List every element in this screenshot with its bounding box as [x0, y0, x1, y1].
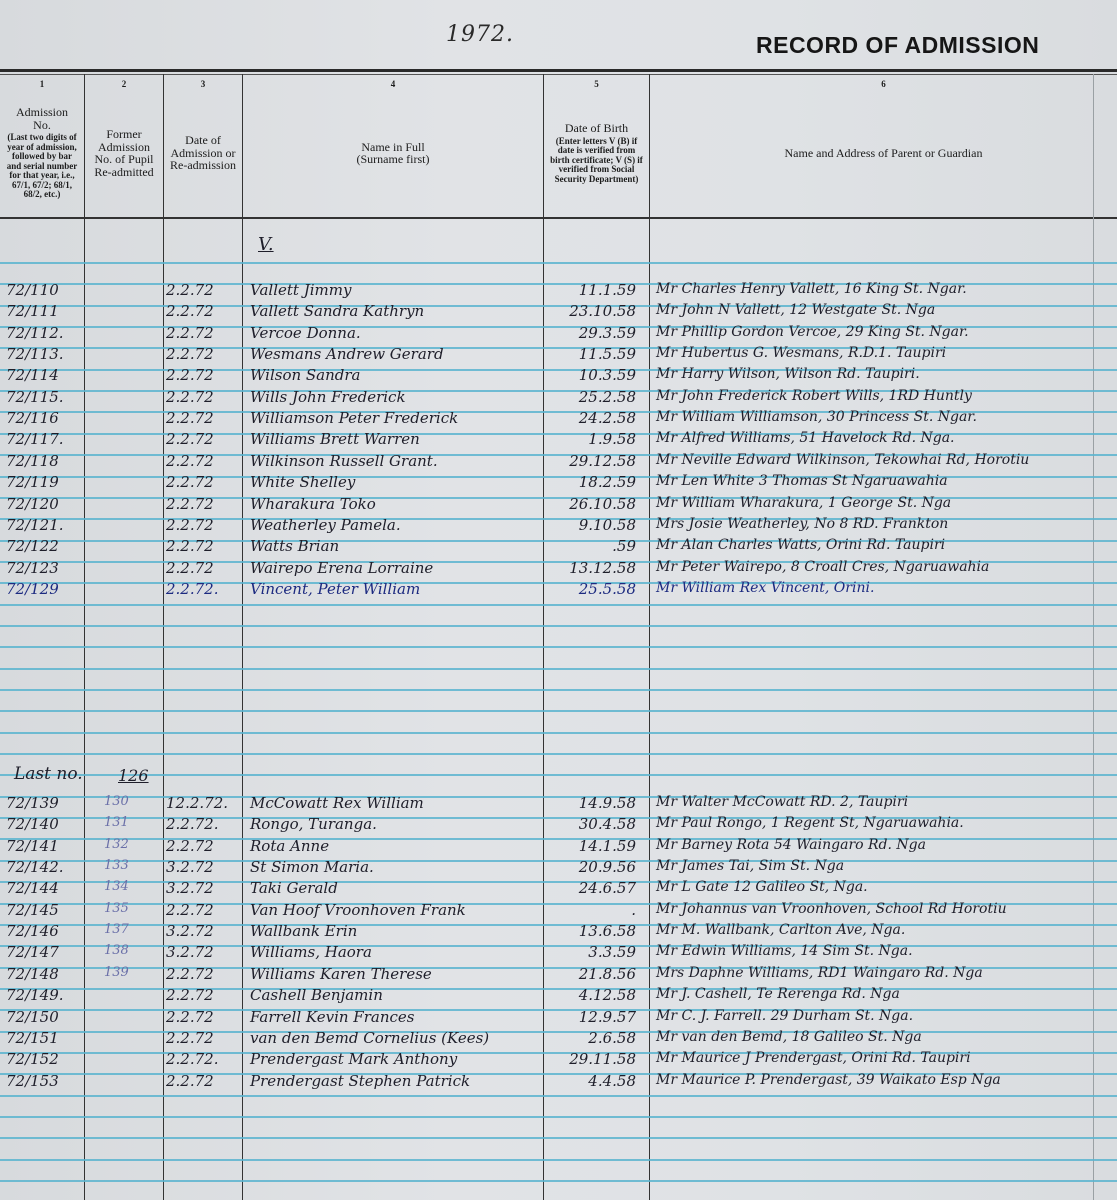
entry-name: Van Hoof Vroonhoven Frank — [250, 901, 466, 919]
entry-adm-no: 72/144 — [6, 879, 59, 897]
ruled-line — [0, 1137, 1117, 1139]
entry-name: Cashell Benjamin — [250, 986, 383, 1004]
col-number: 1 — [40, 78, 45, 90]
entry-adm-no: 72/119 — [6, 473, 59, 491]
entry-dob: 23.10.58 — [550, 302, 636, 320]
col-note: (Enter letters V (B) if date is verified… — [544, 135, 649, 185]
entry-adm-no: 72/115. — [6, 388, 64, 406]
entry-date-adm: 2.2.72 — [166, 324, 214, 342]
entry-parent: Mr Walter McCowatt RD. 2, Taupiri — [656, 794, 908, 810]
entry-dob: 21.8.56 — [550, 965, 636, 983]
entry-former: 130 — [104, 794, 129, 809]
ruled-line — [0, 1180, 1117, 1182]
col-header-date-admission: 3 Date of Admission or Re-admission — [164, 76, 242, 216]
entry-dob: . — [550, 901, 636, 919]
entry-parent: Mr Harry Wilson, Wilson Rd. Taupiri. — [656, 366, 920, 382]
entry-date-adm: 2.2.72 — [166, 986, 214, 1004]
entry-dob: 24.2.58 — [550, 409, 636, 427]
entry-adm-no: 72/116 — [6, 409, 59, 427]
entry-dob: 14.9.58 — [550, 794, 636, 812]
entry-name: Williams Karen Therese — [250, 965, 432, 983]
col-heading: Admission No. — [0, 106, 84, 131]
entry-adm-no: 72/150 — [6, 1008, 59, 1026]
entry-name: Prendergast Stephen Patrick — [250, 1072, 470, 1090]
entry-date-adm: 2.2.72 — [166, 537, 214, 555]
entry-name: McCowatt Rex William — [250, 794, 424, 812]
entry-date-adm: 2.2.72 — [166, 965, 214, 983]
entry-parent: Mr C. J. Farrell. 29 Durham St. Nga. — [656, 1008, 913, 1024]
entry-parent: Mr Edwin Williams, 14 Sim St. Nga. — [656, 943, 913, 959]
entry-dob: 1.9.58 — [550, 430, 636, 448]
col-header-parent: 6 Name and Address of Parent or Guardian — [650, 76, 1117, 216]
entry-parent: Mr L Gate 12 Galileo St, Nga. — [656, 879, 868, 895]
entry-dob: 13.6.58 — [550, 922, 636, 940]
entry-date-adm: 2.2.72 — [166, 1029, 214, 1047]
col-heading: Date of Admission or Re-admission — [164, 134, 242, 172]
entry-parent: Mr John N Vallett, 12 Westgate St. Nga — [656, 302, 935, 318]
entry-former: 131 — [104, 815, 129, 830]
entry-parent: Mrs Daphne Williams, RD1 Waingaro Rd. Ng… — [656, 965, 983, 981]
entry-name: Taki Gerald — [250, 879, 338, 897]
entry-name: St Simon Maria. — [250, 858, 374, 876]
entry-name: Wilson Sandra — [250, 366, 361, 384]
entry-parent: Mr van den Bemd, 18 Galileo St. Nga — [656, 1029, 922, 1045]
entry-parent: Mr Alfred Williams, 51 Havelock Rd. Nga. — [656, 430, 955, 446]
ruled-line — [0, 753, 1117, 755]
entry-dob: 13.12.58 — [550, 559, 636, 577]
entry-adm-no: 72/142. — [6, 858, 64, 876]
entry-parent: Mrs Josie Weatherley, No 8 RD. Frankton — [656, 516, 948, 532]
entry-name: Vercoe Donna. — [250, 324, 361, 342]
admission-register-page: 1972. RECORD OF ADMISSION 1 Admission No… — [0, 0, 1117, 1200]
entry-name: van den Bemd Cornelius (Kees) — [250, 1029, 489, 1047]
entry-date-adm: 2.2.72 — [166, 281, 214, 299]
entry-dob: 2.6.58 — [550, 1029, 636, 1047]
entry-date-adm: 12.2.72. — [166, 794, 228, 812]
entry-name: Williams, Haora — [250, 943, 372, 961]
entry-parent: Mr Phillip Gordon Vercoe, 29 King St. Ng… — [656, 324, 969, 340]
entry-former: 138 — [104, 943, 129, 958]
entry-name: Wairepo Erena Lorraine — [250, 559, 433, 577]
ruled-line — [0, 689, 1117, 691]
entry-parent: Mr Hubertus G. Wesmans, R.D.1. Taupiri — [656, 345, 946, 361]
entry-adm-no: 72/121. — [6, 516, 64, 534]
ruled-line — [0, 1095, 1117, 1097]
entry-parent: Mr Peter Wairepo, 8 Croall Cres, Ngaruaw… — [656, 559, 989, 575]
entry-date-adm: 2.2.72 — [166, 366, 214, 384]
col-number: 2 — [122, 78, 127, 90]
entry-dob: 25.5.58 — [550, 580, 636, 598]
col-header-admission-no: 1 Admission No. (Last two digits of year… — [0, 76, 84, 216]
entry-dob: 4.12.58 — [550, 986, 636, 1004]
col-number: 4 — [391, 78, 396, 90]
entry-adm-no: 72/117. — [6, 430, 64, 448]
entry-date-adm: 3.2.72 — [166, 879, 214, 897]
entry-adm-no: 72/152 — [6, 1050, 59, 1068]
entry-adm-no: 72/145 — [6, 901, 59, 919]
col-note: (Last two digits of year of admission, f… — [0, 131, 84, 200]
entry-adm-no: 72/146 — [6, 922, 59, 940]
entry-former: 133 — [104, 858, 129, 873]
col-note: (Surname first) — [357, 153, 430, 166]
entry-former: 139 — [104, 965, 129, 980]
entry-parent: Mr J. Cashell, Te Rerenga Rd. Nga — [656, 986, 900, 1002]
entry-name: Wilkinson Russell Grant. — [250, 452, 438, 470]
col-number: 3 — [201, 78, 206, 90]
entry-adm-no: 72/110 — [6, 281, 59, 299]
entry-date-adm: 2.2.72 — [166, 409, 214, 427]
entry-dob: 3.3.59 — [550, 943, 636, 961]
entry-date-adm: 2.2.72 — [166, 516, 214, 534]
entry-name: Rota Anne — [250, 837, 329, 855]
entry-dob: 12.9.57 — [550, 1008, 636, 1026]
entry-name: Wallbank Erin — [250, 922, 357, 940]
entry-adm-no: 72/118 — [6, 452, 59, 470]
top-rule-thin — [0, 74, 1117, 75]
entry-name: Prendergast Mark Anthony — [250, 1050, 457, 1068]
entry-dob: 9.10.58 — [550, 516, 636, 534]
entry-dob: 29.12.58 — [550, 452, 636, 470]
entry-adm-no: 72/123 — [6, 559, 59, 577]
entry-date-adm: 2.2.72 — [166, 430, 214, 448]
entry-adm-no: 72/122 — [6, 537, 59, 555]
entry-former: 135 — [104, 901, 129, 916]
entry-date-adm: 2.2.72 — [166, 495, 214, 513]
entry-parent: Mr Maurice P. Prendergast, 39 Waikato Es… — [656, 1072, 1001, 1088]
entry-name: Vallett Jimmy — [250, 281, 351, 299]
entry-parent: Mr Johannus van Vroonhoven, School Rd Ho… — [656, 901, 1007, 917]
entry-name: Weatherley Pamela. — [250, 516, 401, 534]
entry-date-adm: 2.2.72 — [166, 1008, 214, 1026]
entry-former: 132 — [104, 837, 129, 852]
section-letter: V. — [258, 234, 274, 255]
entry-parent: Mr William Wharakura, 1 George St. Nga — [656, 495, 951, 511]
entry-date-adm: 2.2.72 — [166, 388, 214, 406]
entry-name: Wesmans Andrew Gerard — [250, 345, 444, 363]
entry-adm-no: 72/139 — [6, 794, 59, 812]
entry-name: Vincent, Peter William — [250, 580, 420, 598]
col-heading: Name and Address of Parent or Guardian — [785, 147, 983, 160]
header-bottom-rule — [0, 217, 1117, 219]
entry-parent: Mr Maurice J Prendergast, Orini Rd. Taup… — [656, 1050, 971, 1066]
entry-dob: 14.1.59 — [550, 837, 636, 855]
entry-date-adm: 3.2.72 — [166, 922, 214, 940]
ruled-line — [0, 604, 1117, 606]
top-rule — [0, 69, 1117, 72]
entry-date-adm: 2.2.72 — [166, 345, 214, 363]
entry-dob: 24.6.57 — [550, 879, 636, 897]
year-annotation: 1972. — [446, 22, 514, 47]
entry-adm-no: 72/147 — [6, 943, 59, 961]
last-number-value: 126 — [118, 766, 149, 785]
entry-parent: Mr Paul Rongo, 1 Regent St, Ngaruawahia. — [656, 815, 964, 831]
last-number-label: Last no. — [14, 764, 83, 784]
entry-name: Vallett Sandra Kathryn — [250, 302, 424, 320]
entry-name: White Shelley — [250, 473, 355, 491]
entry-date-adm: 2.2.72 — [166, 473, 214, 491]
entry-adm-no: 72/114 — [6, 366, 59, 384]
entry-parent: Mr Charles Henry Vallett, 16 King St. Ng… — [656, 281, 967, 297]
entry-date-adm: 2.2.72 — [166, 901, 214, 919]
entry-parent: Mr James Tai, Sim St. Nga — [656, 858, 844, 874]
entry-dob: 11.1.59 — [550, 281, 636, 299]
entry-dob: 11.5.59 — [550, 345, 636, 363]
entry-name: Wills John Frederick — [250, 388, 406, 406]
entry-adm-no: 72/111 — [6, 302, 59, 320]
col-number: 6 — [881, 78, 886, 90]
col-heading: Former Admission No. of Pupil Re-admitte… — [85, 128, 163, 178]
entry-date-adm: 3.2.72 — [166, 943, 214, 961]
entry-adm-no: 72/153 — [6, 1072, 59, 1090]
entry-parent: Mr Len White 3 Thomas St Ngaruawahia — [656, 473, 948, 489]
entry-name: Wharakura Toko — [250, 495, 376, 513]
entry-date-adm: 2.2.72. — [166, 580, 218, 598]
entry-date-adm: 2.2.72. — [166, 1050, 218, 1068]
entry-former: 134 — [104, 879, 129, 894]
entry-parent: Mr William Rex Vincent, Orini. — [656, 580, 874, 596]
ruled-line — [0, 668, 1117, 670]
ruled-line — [0, 625, 1117, 627]
entry-dob: 20.9.56 — [550, 858, 636, 876]
col-heading: Date of Birth — [544, 122, 649, 135]
col-header-name: 4 Name in Full (Surname first) — [243, 76, 543, 216]
ruled-line — [0, 646, 1117, 648]
entry-parent: Mr M. Wallbank, Carlton Ave, Nga. — [656, 922, 905, 938]
entry-adm-no: 72/112. — [6, 324, 64, 342]
entry-date-adm: 2.2.72 — [166, 1072, 214, 1090]
entry-dob: 29.3.59 — [550, 324, 636, 342]
entry-dob: .59 — [550, 537, 636, 555]
ruled-line — [0, 1116, 1117, 1118]
entry-parent: Mr John Frederick Robert Wills, 1RD Hunt… — [656, 388, 972, 404]
entry-parent: Mr William Williamson, 30 Princess St. N… — [656, 409, 977, 425]
entry-date-adm: 2.2.72 — [166, 837, 214, 855]
entry-parent: Mr Alan Charles Watts, Orini Rd. Taupiri — [656, 537, 945, 553]
col-header-former-admission: 2 Former Admission No. of Pupil Re-admit… — [85, 76, 163, 216]
entry-adm-no: 72/140 — [6, 815, 59, 833]
entry-name: Williams Brett Warren — [250, 430, 420, 448]
entry-adm-no: 72/120 — [6, 495, 59, 513]
entry-parent: Mr Neville Edward Wilkinson, Tekowhai Rd… — [656, 452, 1029, 468]
entry-date-adm: 2.2.72 — [166, 559, 214, 577]
ruled-line — [0, 732, 1117, 734]
entry-adm-no: 72/149. — [6, 986, 64, 1004]
entry-dob: 25.2.58 — [550, 388, 636, 406]
entry-adm-no: 72/141 — [6, 837, 59, 855]
entry-date-adm: 3.2.72 — [166, 858, 214, 876]
entry-dob: 26.10.58 — [550, 495, 636, 513]
entry-date-adm: 2.2.72. — [166, 815, 218, 833]
page-title: RECORD OF ADMISSION — [756, 32, 1039, 59]
entry-adm-no: 72/148 — [6, 965, 59, 983]
entry-dob: 10.3.59 — [550, 366, 636, 384]
entry-date-adm: 2.2.72 — [166, 302, 214, 320]
ruled-line — [0, 1159, 1117, 1161]
entry-former: 137 — [104, 922, 129, 937]
entry-dob: 29.11.58 — [550, 1050, 636, 1068]
ruled-line — [0, 262, 1117, 264]
col-number: 5 — [594, 78, 599, 90]
entry-dob: 4.4.58 — [550, 1072, 636, 1090]
ruled-line — [0, 710, 1117, 712]
entry-dob: 30.4.58 — [550, 815, 636, 833]
entry-name: Rongo, Turanga. — [250, 815, 377, 833]
col-header-dob: 5 Date of Birth (Enter letters V (B) if … — [544, 76, 649, 216]
entry-name: Williamson Peter Frederick — [250, 409, 458, 427]
entry-adm-no: 72/113. — [6, 345, 64, 363]
entry-adm-no: 72/129 — [6, 580, 59, 598]
ruled-line — [0, 774, 1117, 776]
entry-date-adm: 2.2.72 — [166, 452, 214, 470]
entry-name: Farrell Kevin Frances — [250, 1008, 414, 1026]
entry-dob: 18.2.59 — [550, 473, 636, 491]
entry-name: Watts Brian — [250, 537, 339, 555]
entry-adm-no: 72/151 — [6, 1029, 59, 1047]
entry-parent: Mr Barney Rota 54 Waingaro Rd. Nga — [656, 837, 926, 853]
